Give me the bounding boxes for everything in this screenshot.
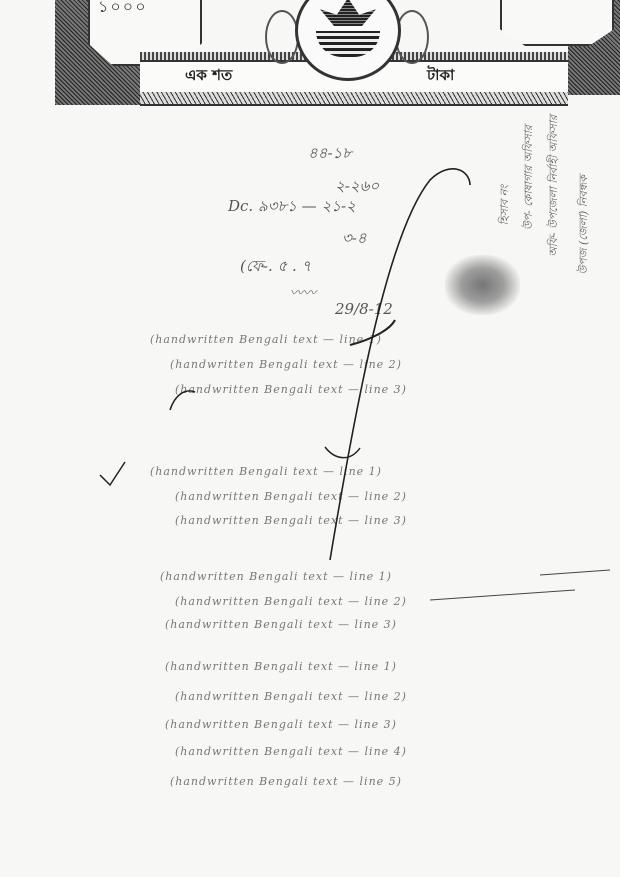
denomination-frame-right [500,0,614,46]
text-line: (handwritten Bengali text — line 1) [160,570,392,583]
ref-line: ৪৪-১৮ [308,142,352,167]
text-line: (handwritten Bengali text — line 3) [175,383,407,396]
ref-line: Dc. ৯৩৮১ — ২১-২ [228,195,356,220]
side-note-line: উপ- কোষাগার অফিসার [520,125,539,230]
text-line: (handwritten Bengali text — line 1) [150,465,382,478]
signature-date: 29/8-12 [335,300,393,318]
ref-line: (ফে-. ৫ . ৭ [240,255,311,280]
tick-mark-icon [100,462,125,485]
ornament-scroll-left-icon [265,10,299,64]
pattern-band-bottom [140,92,568,106]
text-line: (handwritten Bengali text — line 2) [170,358,402,371]
serial-digits: ১০০০ [98,0,148,21]
amount-words: এক শত [185,64,232,89]
currency-label: টাকা [427,64,454,89]
stamp-paper-header: ১০০০ এক শত টাকা [0,0,620,110]
ref-line: ৩-৪ [342,227,367,252]
signature: 〰〰 [290,282,316,301]
underline-stroke [540,570,610,575]
text-line: (handwritten Bengali text — line 1) [150,333,382,346]
fingerprint-smudge [445,255,520,315]
side-note-line: উপজ (জেলা) নিবন্ধক [575,175,594,274]
water-waves-icon [316,31,380,57]
text-line: (handwritten Bengali text — line 3) [165,718,397,731]
text-line: (handwritten Bengali text — line 2) [175,490,407,503]
text-line: (handwritten Bengali text — line 4) [175,745,407,758]
text-line: (handwritten Bengali text — line 3) [175,514,407,527]
water-lily-icon [320,0,376,26]
text-line: (handwritten Bengali text — line 2) [175,595,407,608]
text-line: (handwritten Bengali text — line 5) [170,775,402,788]
underline-stroke [430,590,575,600]
text-line: (handwritten Bengali text — line 2) [175,690,407,703]
text-line: (handwritten Bengali text — line 1) [165,660,397,673]
text-line: (handwritten Bengali text — line 3) [165,618,397,631]
side-note-line: হিসাব নং [496,185,515,225]
curve-stroke [325,447,360,458]
side-note-line: অফি- উপজেলা নির্বাহী অফিসার [545,115,564,257]
